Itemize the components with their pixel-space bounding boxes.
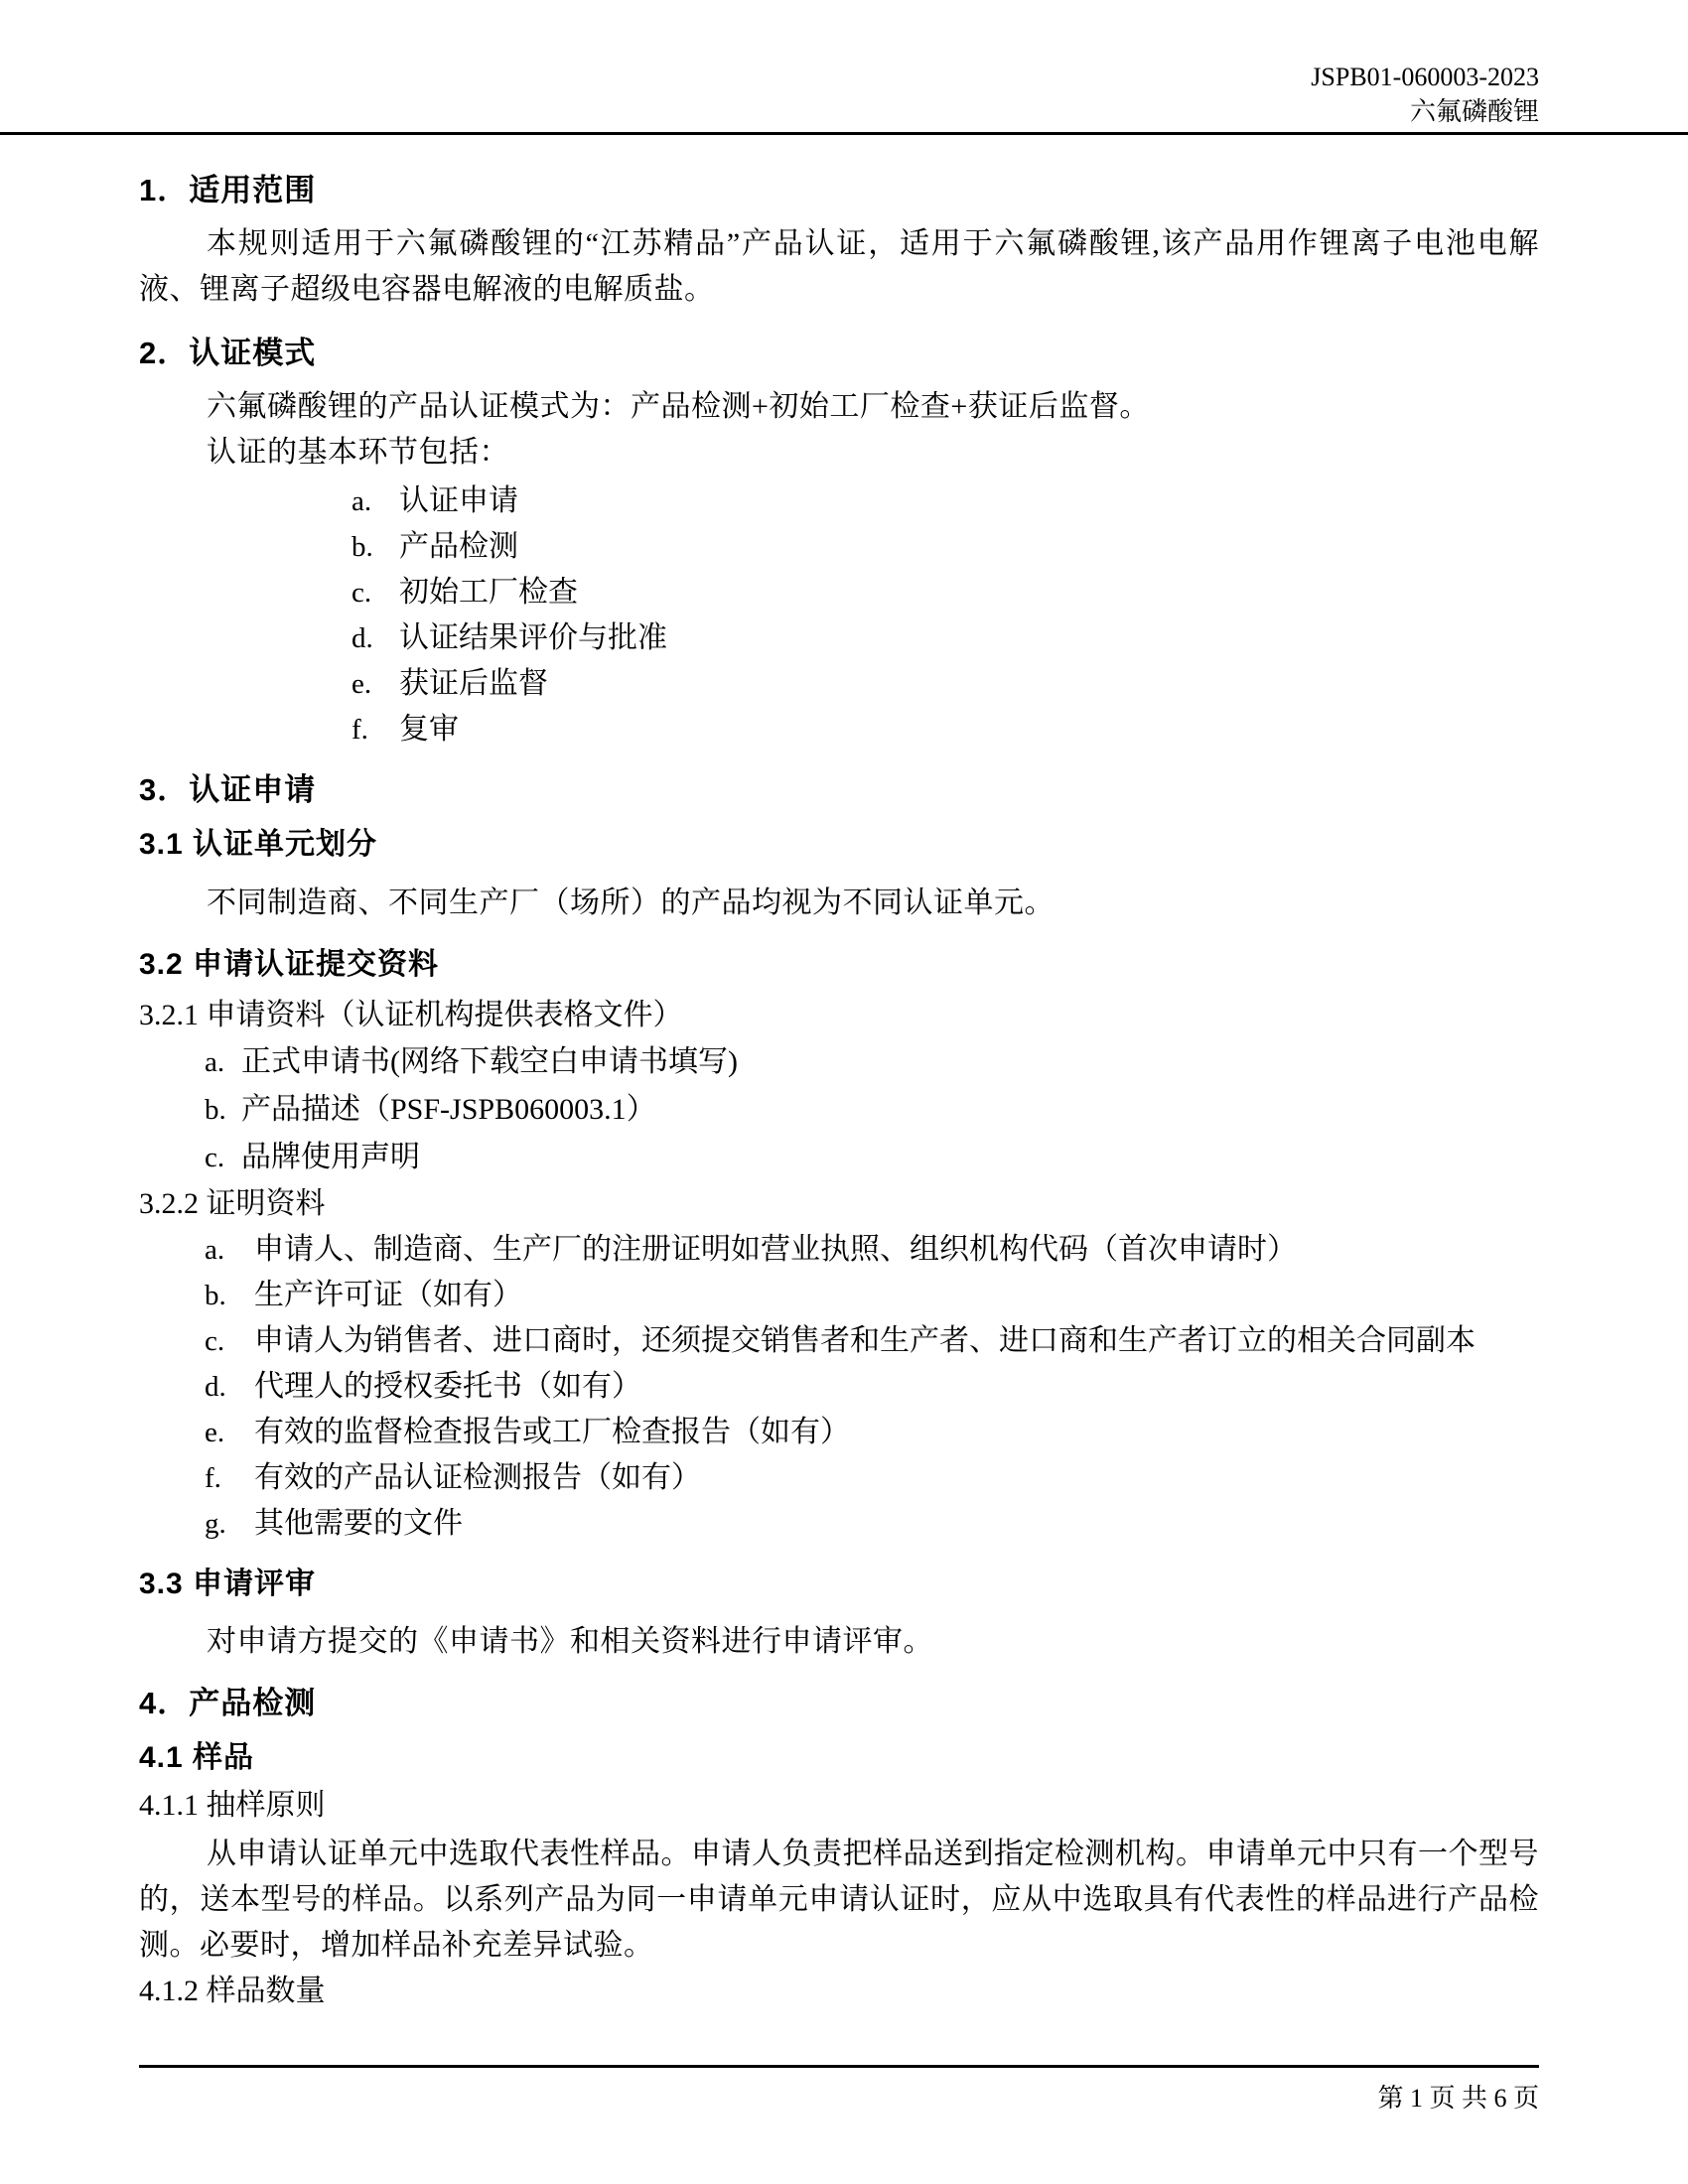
item-text: 产品描述（PSF-JSPB060003.1） bbox=[241, 1093, 656, 1126]
item-text: 复审 bbox=[399, 713, 459, 746]
item-text: 获证后监督 bbox=[399, 667, 548, 700]
item-marker: b. bbox=[205, 1274, 254, 1318]
list-item: a.正式申请书(网络下载空白申请书填写) bbox=[205, 1038, 1539, 1086]
item-marker: c. bbox=[205, 1319, 254, 1364]
list-item: a.申请人、制造商、生产厂的注册证明如营业执照、组织机构代码（首次申请时） bbox=[205, 1227, 1539, 1273]
page-header: JSPB01-060003-2023 六氟磷酸锂 bbox=[0, 0, 1688, 129]
proof-documents-list: a.申请人、制造商、生产厂的注册证明如营业执照、组织机构代码（首次申请时） b.… bbox=[205, 1227, 1539, 1547]
page-number: 第 1 页 共 6 页 bbox=[1377, 2084, 1539, 2113]
list-item: g.其他需要的文件 bbox=[205, 1501, 1539, 1547]
list-item: b.生产许可证（如有） bbox=[205, 1273, 1539, 1318]
item-marker: g. bbox=[205, 1502, 254, 1547]
item-text: 初始工厂检查 bbox=[399, 576, 578, 609]
section-1-heading: 1．适用范围 bbox=[139, 168, 1539, 213]
item-marker: b. bbox=[352, 525, 399, 570]
list-item: c.品牌使用声明 bbox=[205, 1134, 1539, 1181]
section-1-paragraph: 本规则适用于六氟磷酸锂的“江苏精品”产品认证，适用于六氟磷酸锂,该产品用作锂离子… bbox=[139, 221, 1539, 313]
item-marker: f. bbox=[352, 708, 399, 752]
item-text: 申请人为销售者、进口商时，还须提交销售者和生产者、进口商和生产者订立的相关合同副… bbox=[254, 1324, 1476, 1357]
section-2-line-2: 认证的基本环节包括： bbox=[139, 430, 1539, 476]
list-item: c.申请人为销售者、进口商时，还须提交销售者和生产者、进口商和生产者订立的相关合… bbox=[205, 1318, 1539, 1364]
document-body: 1．适用范围 本规则适用于六氟磷酸锂的“江苏精品”产品认证，适用于六氟磷酸锂,该… bbox=[0, 168, 1688, 2014]
item-text: 有效的产品认证检测报告（如有） bbox=[254, 1461, 701, 1494]
list-item: b.产品描述（PSF-JSPB060003.1） bbox=[205, 1086, 1539, 1134]
list-item: c.初始工厂检查 bbox=[352, 570, 1539, 615]
item-text: 其他需要的文件 bbox=[254, 1507, 463, 1540]
item-marker: b. bbox=[205, 1086, 241, 1134]
item-text: 代理人的授权委托书（如有） bbox=[254, 1370, 641, 1403]
section-2-heading: 2．认证模式 bbox=[139, 331, 1539, 376]
item-text: 认证结果评价与批准 bbox=[399, 621, 667, 654]
header-rule bbox=[0, 132, 1688, 135]
item-marker: c. bbox=[352, 571, 399, 615]
item-marker: e. bbox=[205, 1411, 254, 1455]
section-3-3-paragraph: 对申请方提交的《申请书》和相关资料进行申请评审。 bbox=[139, 1619, 1539, 1665]
item-text: 生产许可证（如有） bbox=[254, 1279, 522, 1311]
item-marker: e. bbox=[352, 662, 399, 707]
section-3-2-heading: 3.2 申请认证提交资料 bbox=[139, 942, 1539, 988]
item-text: 品牌使用声明 bbox=[241, 1141, 420, 1173]
list-item: e.获证后监督 bbox=[352, 661, 1539, 707]
list-item: f.复审 bbox=[352, 707, 1539, 752]
item-marker: a. bbox=[205, 1228, 254, 1273]
list-item: a.认证申请 bbox=[352, 478, 1539, 524]
item-marker: a. bbox=[352, 479, 399, 524]
item-text: 有效的监督检查报告或工厂检查报告（如有） bbox=[254, 1416, 850, 1448]
doc-code: JSPB01-060003-2023 bbox=[139, 60, 1539, 94]
list-item: e.有效的监督检查报告或工厂检查报告（如有） bbox=[205, 1410, 1539, 1455]
item-text: 正式申请书(网络下载空白申请书填写) bbox=[241, 1045, 738, 1078]
section-4-1-2-heading: 4.1.2 样品数量 bbox=[139, 1969, 1539, 2014]
item-marker: d. bbox=[205, 1365, 254, 1410]
section-3-1-heading: 3.1 认证单元划分 bbox=[139, 822, 1539, 868]
section-3-2-2-heading: 3.2.2 证明资料 bbox=[139, 1181, 1539, 1227]
section-2-line-1: 六氟磷酸锂的产品认证模式为：产品检测+初始工厂检查+获证后监督。 bbox=[139, 384, 1539, 430]
doc-product-name: 六氟磷酸锂 bbox=[139, 94, 1539, 129]
section-4-heading: 4．产品检测 bbox=[139, 1681, 1539, 1726]
certification-steps-list: a.认证申请 b.产品检测 c.初始工厂检查 d.认证结果评价与批准 e.获证后… bbox=[352, 478, 1539, 752]
section-3-3-heading: 3.3 申请评审 bbox=[139, 1562, 1539, 1607]
section-3-heading: 3．认证申请 bbox=[139, 767, 1539, 813]
application-documents-list: a.正式申请书(网络下载空白申请书填写) b.产品描述（PSF-JSPB0600… bbox=[205, 1038, 1539, 1181]
item-text: 认证申请 bbox=[399, 484, 518, 517]
list-item: d.认证结果评价与批准 bbox=[352, 615, 1539, 661]
item-marker: d. bbox=[352, 616, 399, 661]
item-marker: a. bbox=[205, 1038, 241, 1086]
section-4-1-heading: 4.1 样品 bbox=[139, 1735, 1539, 1781]
section-4-1-1-heading: 4.1.1 抽样原则 bbox=[139, 1783, 1539, 1829]
document-page: JSPB01-060003-2023 六氟磷酸锂 1．适用范围 本规则适用于六氟… bbox=[0, 0, 1688, 2184]
section-3-1-paragraph: 不同制造商、不同生产厂（场所）的产品均视为不同认证单元。 bbox=[139, 881, 1539, 926]
item-text: 申请人、制造商、生产厂的注册证明如营业执照、组织机构代码（首次申请时） bbox=[254, 1233, 1297, 1266]
list-item: f.有效的产品认证检测报告（如有） bbox=[205, 1455, 1539, 1501]
item-marker: c. bbox=[205, 1134, 241, 1181]
list-item: d.代理人的授权委托书（如有） bbox=[205, 1364, 1539, 1410]
section-4-1-1-paragraph: 从申请认证单元中选取代表性样品。申请人负责把样品送到指定检测机构。申请单元中只有… bbox=[139, 1832, 1539, 1969]
page-footer: 第 1 页 共 6 页 bbox=[139, 2065, 1539, 2115]
item-marker: f. bbox=[205, 1456, 254, 1501]
list-item: b.产品检测 bbox=[352, 524, 1539, 570]
section-3-2-1-heading: 3.2.1 申请资料（认证机构提供表格文件） bbox=[139, 993, 1539, 1038]
item-text: 产品检测 bbox=[399, 530, 518, 563]
